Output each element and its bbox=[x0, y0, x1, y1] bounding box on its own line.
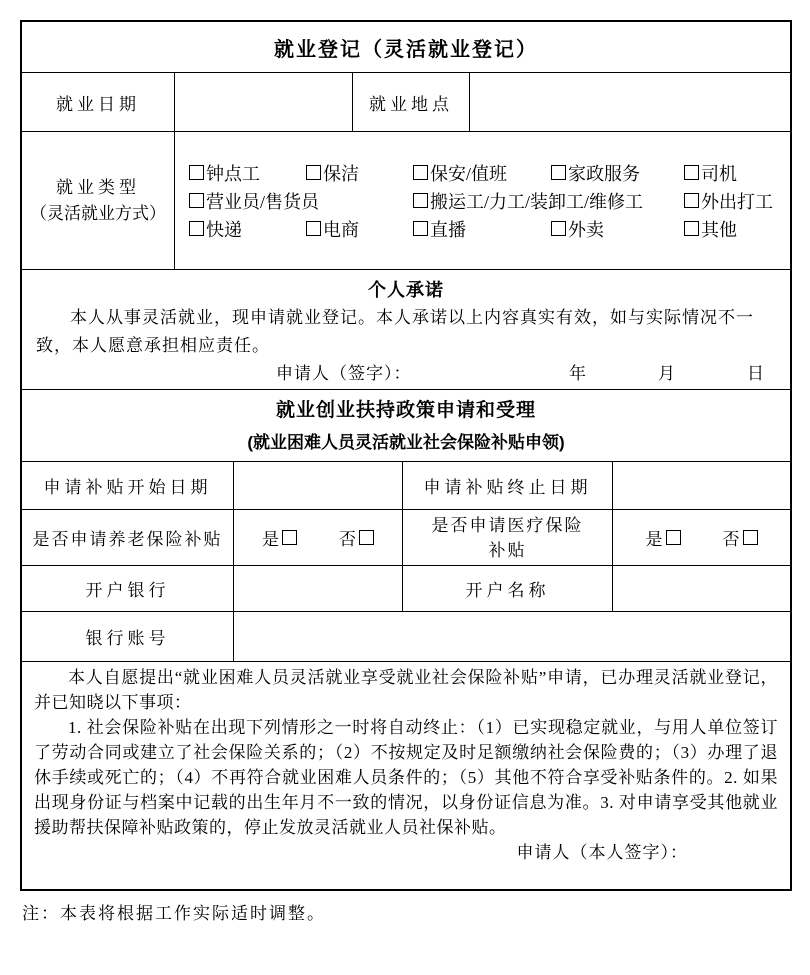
employment-registration-form: 就业登记（灵活就业登记） 就业日期 就业地点 就业类型 （灵活就业方式） 钟点工… bbox=[20, 20, 792, 891]
employment-type-options: 钟点工 保洁 保安/值班 家政服务 司机 营业员/售货员 搬运工/力工/装卸工/… bbox=[174, 132, 790, 269]
type-options-line2: 营业员/售货员 搬运工/力工/装卸工/维修工 外出打工 bbox=[189, 187, 790, 215]
checkbox-label: 外出打工 bbox=[701, 188, 773, 214]
checkbox-icon[interactable] bbox=[551, 221, 566, 236]
checkbox-icon[interactable] bbox=[684, 221, 699, 236]
checkbox-food-delivery[interactable]: 外卖 bbox=[551, 216, 684, 242]
form-page: 就业登记（灵活就业登记） 就业日期 就业地点 就业类型 （灵活就业方式） 钟点工… bbox=[0, 0, 810, 975]
checkbox-label: 保安/值班 bbox=[430, 160, 507, 186]
checkbox-label: 外卖 bbox=[568, 216, 604, 242]
yes-label: 是 bbox=[646, 525, 663, 550]
checkbox-icon[interactable] bbox=[189, 221, 204, 236]
footnote: 注：本表将根据工作实际适时调整。 bbox=[22, 899, 326, 924]
checkbox-label: 营业员/售货员 bbox=[206, 188, 319, 214]
policy-title-line2: (就业困难人员灵活就业社会保险补贴申领) bbox=[247, 428, 564, 458]
yes-label: 是 bbox=[262, 525, 279, 550]
declaration-signer-label[interactable]: 申请人（本人签字）： bbox=[34, 840, 778, 865]
bank-label: 开户银行 bbox=[22, 566, 233, 611]
medical-no-option[interactable]: 否 bbox=[723, 525, 758, 550]
bank-row: 开户银行 开户名称 bbox=[22, 565, 790, 611]
checkbox-domestic-service[interactable]: 家政服务 bbox=[551, 160, 684, 186]
checkbox-label: 钟点工 bbox=[206, 160, 260, 186]
bank-input[interactable] bbox=[233, 566, 402, 611]
form-title: 就业登记（灵活就业登记） bbox=[274, 33, 538, 62]
medical-subsidy-label: 是否申请医疗保险补贴 bbox=[402, 510, 612, 565]
promise-signature-line: 申请人（签字）： 年 月 日 bbox=[36, 360, 776, 388]
promise-title: 个人承诺 bbox=[36, 276, 776, 304]
declaration-section: 本人自愿提出“就业困难人员灵活就业享受就业社会保险补贴”申请，已办理灵活就业登记… bbox=[22, 661, 790, 889]
no-label: 否 bbox=[339, 525, 356, 550]
subsidy-start-label: 申请补贴开始日期 bbox=[22, 462, 233, 509]
checkbox-courier[interactable]: 快递 bbox=[189, 216, 306, 242]
checkbox-label: 保洁 bbox=[323, 160, 359, 186]
checkbox-icon[interactable] bbox=[359, 530, 374, 545]
employment-type-label: 就业类型 （灵活就业方式） bbox=[22, 132, 174, 269]
checkbox-icon[interactable] bbox=[306, 165, 321, 180]
account-number-label: 银行账号 bbox=[22, 612, 233, 661]
checkbox-icon[interactable] bbox=[413, 165, 428, 180]
checkbox-livestream[interactable]: 直播 bbox=[413, 216, 551, 242]
checkbox-cleaning[interactable]: 保洁 bbox=[306, 160, 413, 186]
insurance-subsidy-row: 是否申请养老保险补贴 是 否 是否申请医疗保险补贴 是 否 bbox=[22, 509, 790, 565]
checkbox-label: 电商 bbox=[323, 216, 359, 242]
form-title-row: 就业登记（灵活就业登记） bbox=[22, 22, 790, 72]
checkbox-other[interactable]: 其他 bbox=[684, 216, 737, 242]
employment-type-label-line2: （灵活就业方式） bbox=[30, 201, 166, 227]
promise-body: 本人从事灵活就业，现申请就业登记。本人承诺以上内容真实有效，如与实际情况不一致，… bbox=[36, 304, 776, 360]
checkbox-label: 司机 bbox=[701, 160, 737, 186]
year-label: 年 bbox=[569, 360, 586, 388]
checkbox-label: 直播 bbox=[430, 216, 466, 242]
checkbox-icon[interactable] bbox=[306, 221, 321, 236]
checkbox-icon[interactable] bbox=[666, 530, 681, 545]
checkbox-porter-repair[interactable]: 搬运工/力工/装卸工/维修工 bbox=[413, 188, 684, 214]
policy-title-line1: 就业创业扶持政策申请和受理 bbox=[276, 394, 536, 428]
checkbox-hourly-worker[interactable]: 钟点工 bbox=[189, 160, 306, 186]
employment-place-input[interactable] bbox=[469, 73, 790, 131]
pension-yes-option[interactable]: 是 bbox=[262, 525, 297, 550]
subsidy-dates-row: 申请补贴开始日期 申请补贴终止日期 bbox=[22, 461, 790, 509]
pension-no-option[interactable]: 否 bbox=[339, 525, 374, 550]
account-number-row: 银行账号 bbox=[22, 611, 790, 661]
checkbox-icon[interactable] bbox=[684, 165, 699, 180]
medical-yesno-group: 是 否 bbox=[612, 510, 790, 565]
checkbox-icon[interactable] bbox=[189, 193, 204, 208]
checkbox-label: 家政服务 bbox=[568, 160, 640, 186]
checkbox-icon[interactable] bbox=[413, 193, 428, 208]
policy-section-header: 就业创业扶持政策申请和受理 (就业困难人员灵活就业社会保险补贴申领) bbox=[22, 389, 790, 461]
checkbox-label: 其他 bbox=[701, 216, 737, 242]
promise-signer-label: 申请人（签字）： bbox=[276, 360, 412, 388]
checkbox-salesperson[interactable]: 营业员/售货员 bbox=[189, 188, 413, 214]
pension-subsidy-label: 是否申请养老保险补贴 bbox=[22, 510, 233, 565]
declaration-paragraph1: 本人自愿提出“就业困难人员灵活就业享受就业社会保险补贴”申请，已办理灵活就业登记… bbox=[34, 665, 778, 715]
month-label: 月 bbox=[658, 360, 675, 388]
employment-place-label: 就业地点 bbox=[352, 73, 469, 131]
employment-date-input[interactable] bbox=[174, 73, 352, 131]
day-label: 日 bbox=[747, 360, 764, 388]
employment-type-label-line1: 就业类型 bbox=[56, 175, 140, 201]
account-name-label: 开户名称 bbox=[402, 566, 612, 611]
basic-info-row: 就业日期 就业地点 bbox=[22, 72, 790, 131]
no-label: 否 bbox=[723, 525, 740, 550]
subsidy-end-label: 申请补贴终止日期 bbox=[402, 462, 612, 509]
checkbox-icon[interactable] bbox=[189, 165, 204, 180]
checkbox-icon[interactable] bbox=[282, 530, 297, 545]
promise-date-fields: 年 月 日 bbox=[569, 360, 776, 388]
subsidy-end-input[interactable] bbox=[612, 462, 790, 509]
checkbox-icon[interactable] bbox=[684, 193, 699, 208]
employment-type-row: 就业类型 （灵活就业方式） 钟点工 保洁 保安/值班 家政服务 司机 营业员/售… bbox=[22, 131, 790, 269]
checkbox-ecommerce[interactable]: 电商 bbox=[306, 216, 413, 242]
personal-promise-section: 个人承诺 本人从事灵活就业，现申请就业登记。本人承诺以上内容真实有效，如与实际情… bbox=[22, 269, 790, 389]
checkbox-label: 快递 bbox=[206, 216, 242, 242]
checkbox-icon[interactable] bbox=[413, 221, 428, 236]
account-number-input[interactable] bbox=[233, 612, 790, 661]
checkbox-migrant-work[interactable]: 外出打工 bbox=[684, 188, 773, 214]
declaration-paragraph2: 1. 社会保险补贴在出现下列情形之一时将自动终止：（1）已实现稳定就业，与用人单… bbox=[34, 715, 778, 840]
account-name-input[interactable] bbox=[612, 566, 790, 611]
medical-yes-option[interactable]: 是 bbox=[646, 525, 681, 550]
type-options-line1: 钟点工 保洁 保安/值班 家政服务 司机 bbox=[189, 159, 790, 187]
employment-date-label: 就业日期 bbox=[22, 73, 174, 131]
subsidy-start-input[interactable] bbox=[233, 462, 402, 509]
checkbox-icon[interactable] bbox=[743, 530, 758, 545]
type-options-line3: 快递 电商 直播 外卖 其他 bbox=[189, 215, 790, 243]
pension-yesno-group: 是 否 bbox=[233, 510, 402, 565]
checkbox-label: 搬运工/力工/装卸工/维修工 bbox=[430, 188, 643, 214]
checkbox-driver[interactable]: 司机 bbox=[684, 160, 737, 186]
checkbox-icon[interactable] bbox=[551, 165, 566, 180]
checkbox-security-duty[interactable]: 保安/值班 bbox=[413, 160, 551, 186]
